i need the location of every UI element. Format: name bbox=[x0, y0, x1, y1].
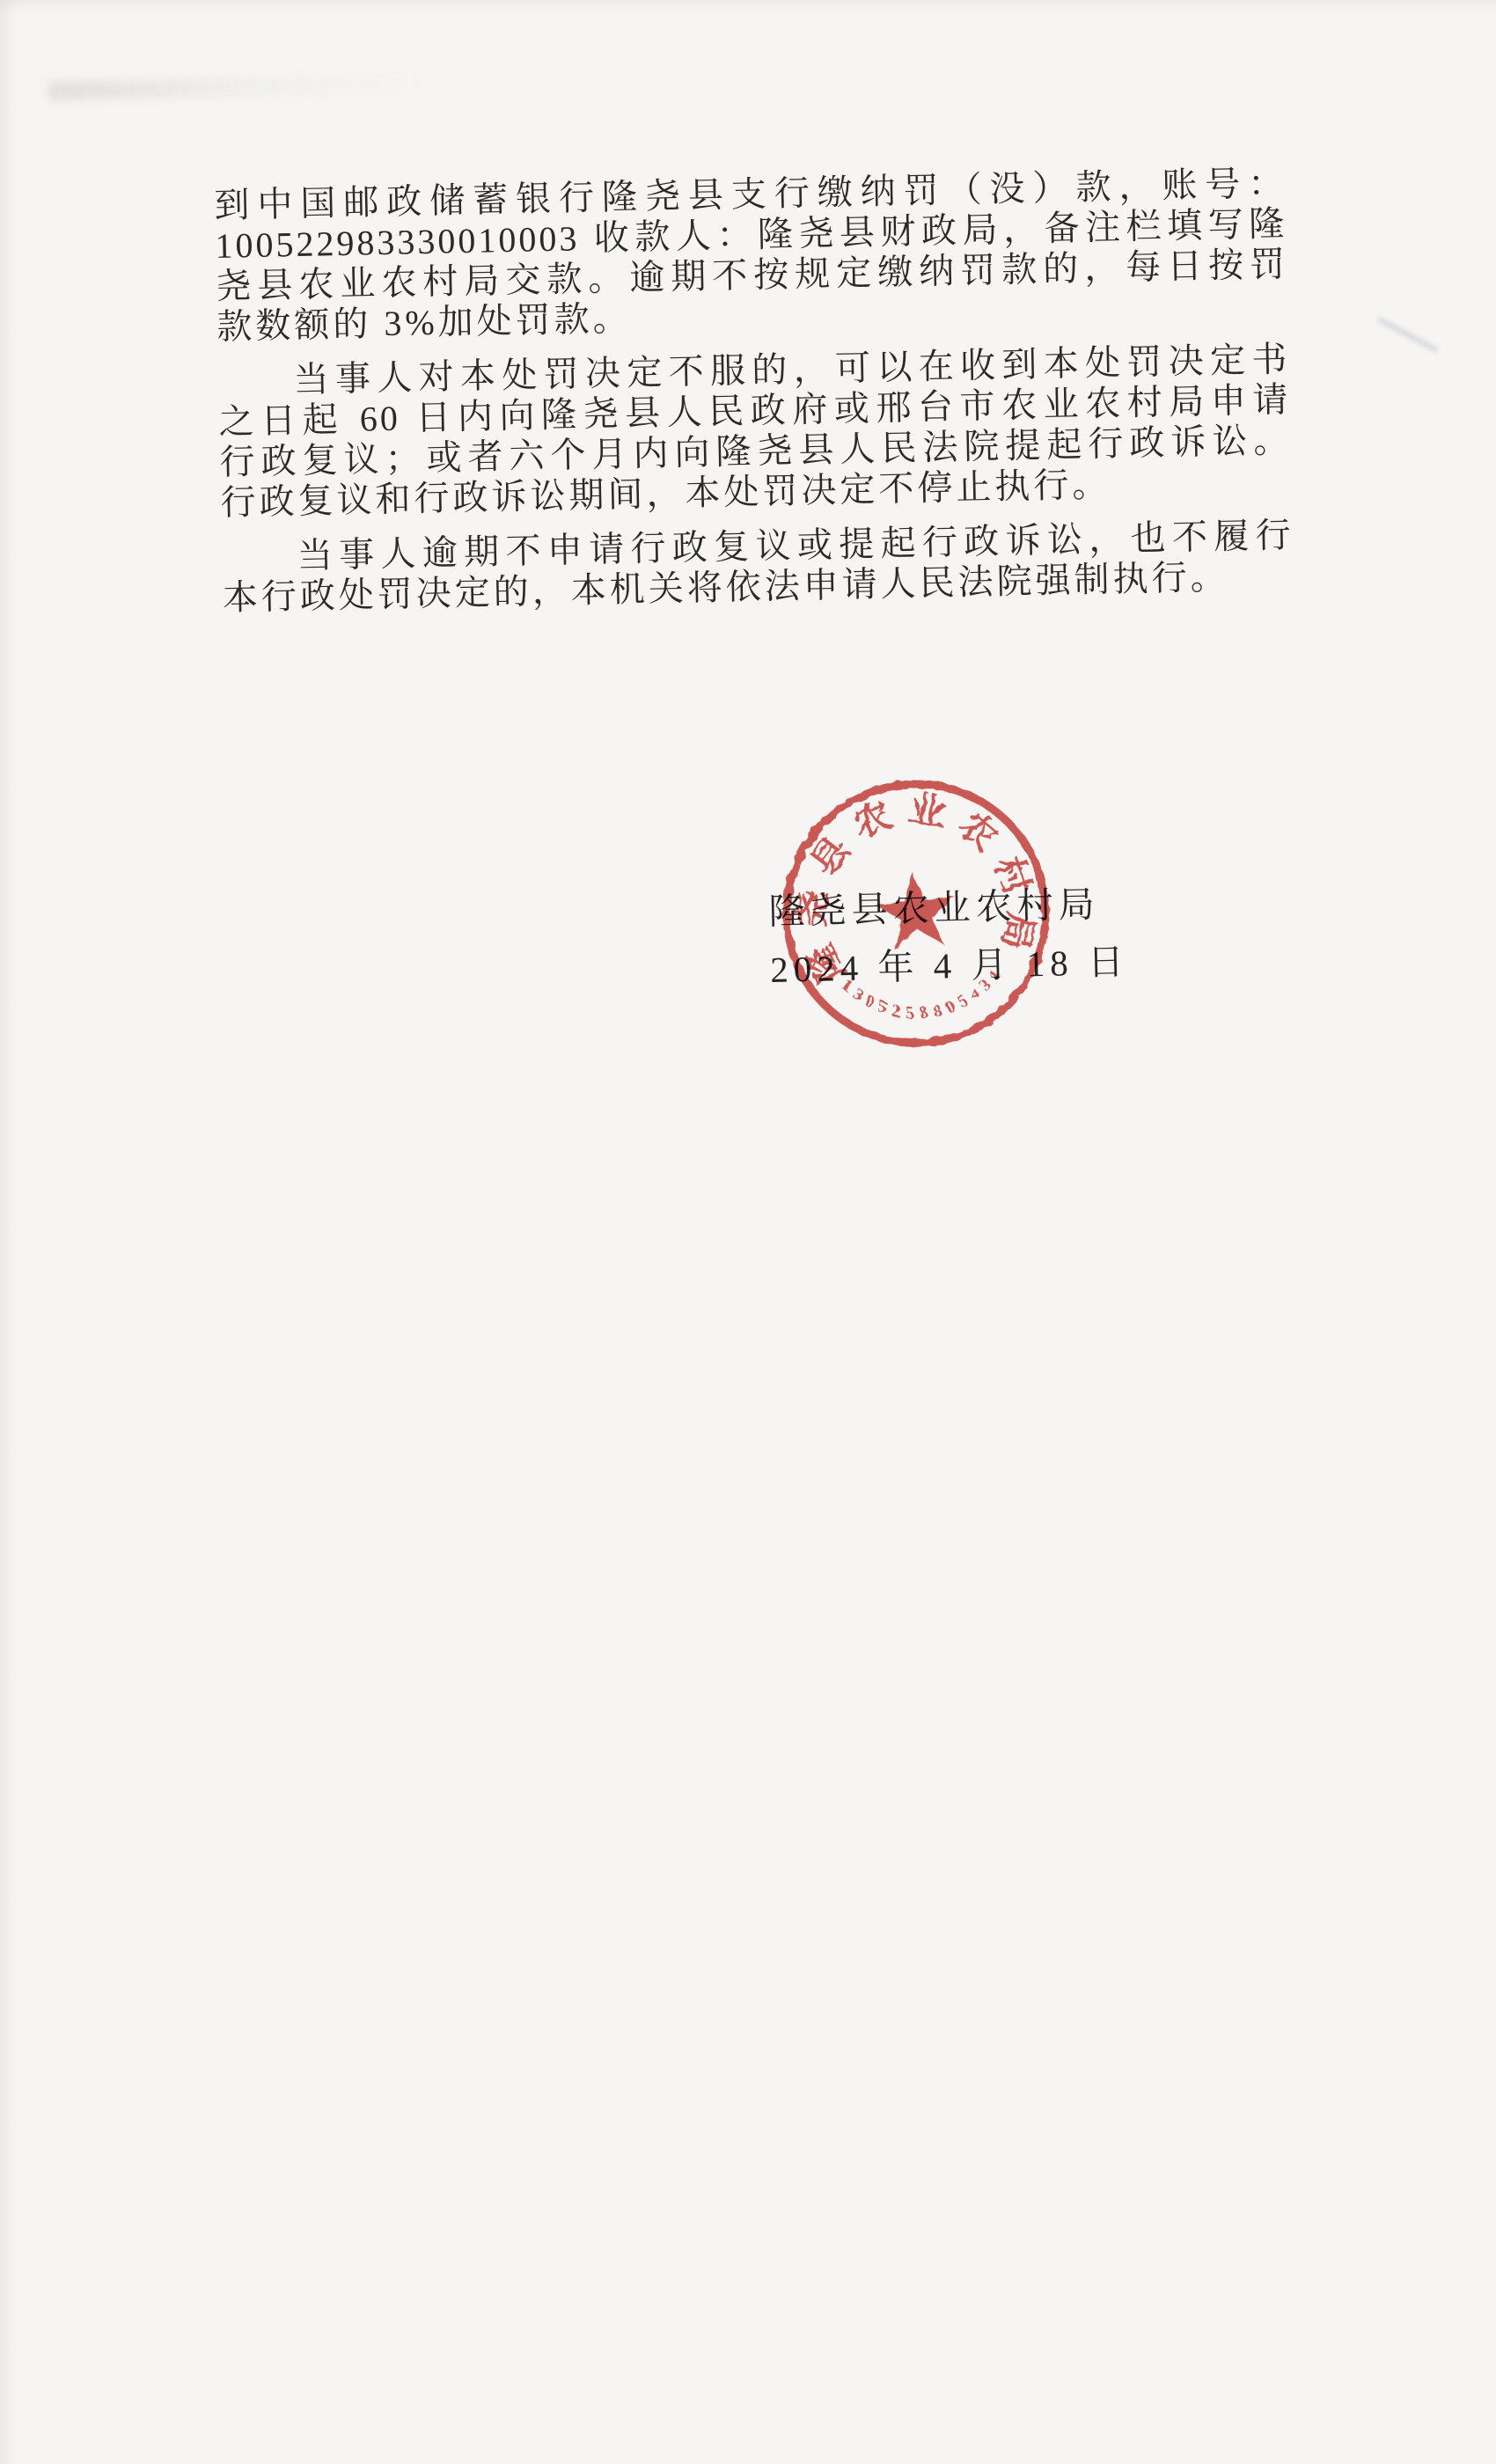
scanned-document-page: 到中国邮政储蓄银行隆尧县支行缴纳罚（没）款，账号： 10052298333001… bbox=[0, 0, 1496, 2464]
seal-star-icon bbox=[872, 867, 960, 951]
scan-edge-shadow bbox=[0, 0, 1496, 14]
paragraph-appeal-rights: 当事人对本处罚决定不服的，可以在收到本处罚决定书 之日起 60 日内向隆尧县人民… bbox=[217, 339, 1293, 523]
document-body: 到中国邮政储蓄银行隆尧县支行缴纳罚（没）款，账号： 10052298333001… bbox=[214, 163, 1294, 618]
scan-edge-shadow bbox=[0, 0, 18, 2464]
official-seal: 隆尧县农业农村局 1305258805431 bbox=[759, 757, 1073, 1070]
scan-artifact-smudge bbox=[1377, 317, 1438, 352]
scan-artifact-smudge bbox=[48, 73, 427, 100]
paragraph-enforcement-notice: 当事人逾期不申请行政复议或提起行政诉讼，也不履行 本行政处罚决定的，本机关将依法… bbox=[221, 515, 1294, 618]
paragraph-payment-instructions: 到中国邮政储蓄银行隆尧县支行缴纳罚（没）款，账号： 10052298333001… bbox=[214, 163, 1289, 347]
